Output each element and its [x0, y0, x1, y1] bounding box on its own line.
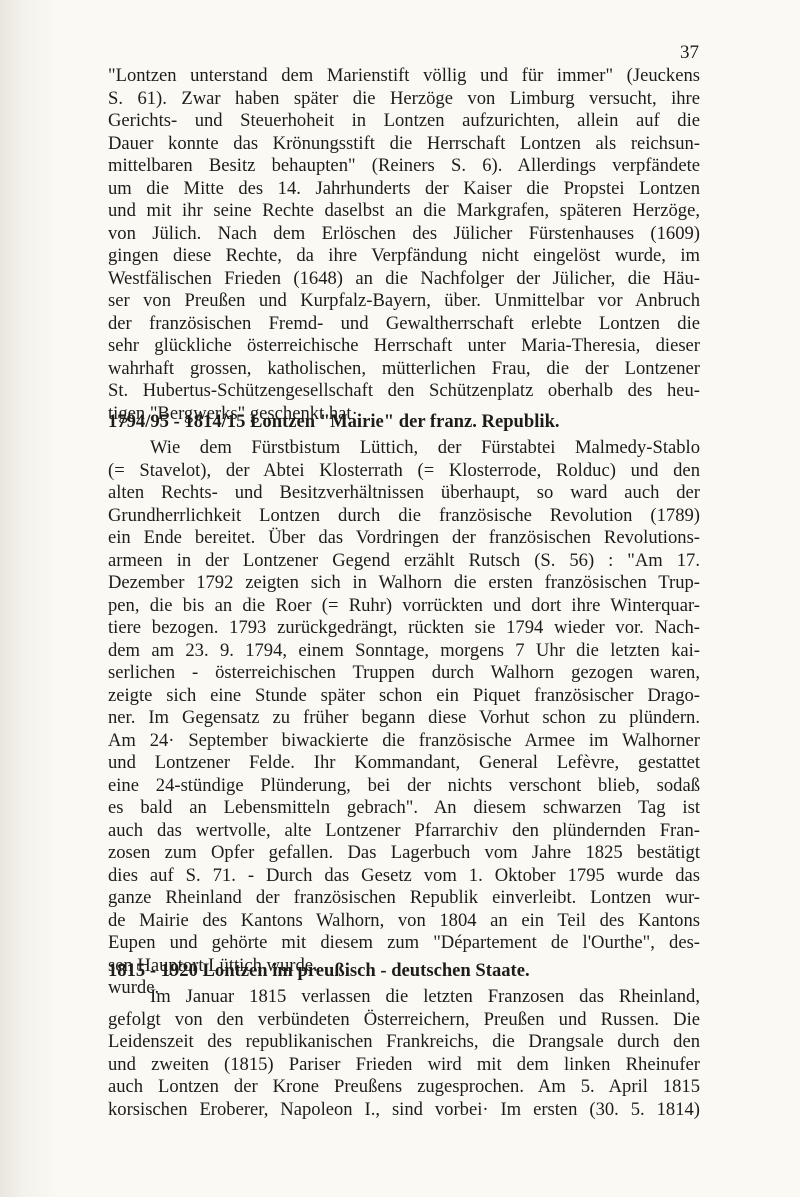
text-line: eine 24-stündige Plünderung, bei der nic…: [108, 775, 700, 798]
text-line: Dezember 1792 zeigten sich in Walhorn di…: [108, 572, 700, 595]
text-line: auch das wertvolle, alte Lontzener Pfarr…: [108, 820, 700, 843]
text-line: Eupen und gehörte mit diesem zum "Départ…: [108, 932, 700, 955]
text-line: Gerichts- und Steuerhoheit in Lontzen au…: [108, 110, 700, 133]
text-line: tiere bezogen. 1793 zurückgedrängt, rück…: [108, 617, 700, 640]
text-line: von Jülich. Nach dem Erlöschen des Jülic…: [108, 223, 700, 246]
text-line: mittelbaren Besitz behaupten" (Reiners S…: [108, 155, 700, 178]
prussia-paragraph: Im Januar 1815 verlassen die letzten Fra…: [108, 986, 700, 1121]
page-edge-shadow: [0, 0, 60, 1197]
text-line: zosen zum Opfer gefallen. Das Lagerbuch …: [108, 842, 700, 865]
page-number: 37: [680, 42, 699, 64]
text-line: Grundherrlichkeit Lontzen durch die fran…: [108, 505, 700, 528]
section-heading-prussia: 1815 - 1920 Lontzen im preußisch - deuts…: [108, 960, 530, 982]
text-line: gingen diese Rechte, da ihre Verpfändung…: [108, 245, 700, 268]
section-heading-mairie: 1794/95 - 1814/15 Lontzen "Mairie" der f…: [108, 411, 560, 433]
text-line: (= Stavelot), der Abtei Klosterrath (= K…: [108, 460, 700, 483]
text-line: dies auf S. 71. - Durch das Gesetz vom 1…: [108, 865, 700, 888]
text-line: korsischen Eroberer, Napoleon I., sind v…: [108, 1099, 700, 1122]
text-line: um die Mitte des 14. Jahrhunderts der Ka…: [108, 178, 700, 201]
text-line: Leidenszeit des republikanischen Frankre…: [108, 1031, 700, 1054]
text-line: Westfälischen Frieden (1648) an die Nach…: [108, 268, 700, 291]
text-line: dem am 23. 9. 1794, einem Sonntage, morg…: [108, 640, 700, 663]
text-line: Wie dem Fürstbistum Lüttich, der Fürstab…: [108, 437, 700, 460]
text-line: "Lontzen unterstand dem Marienstift völl…: [108, 65, 700, 88]
text-line: Im Januar 1815 verlassen die letzten Fra…: [108, 986, 700, 1009]
text-line: gefolgt von den verbündeten Österreicher…: [108, 1009, 700, 1032]
mairie-paragraph: Wie dem Fürstbistum Lüttich, der Fürstab…: [108, 437, 700, 1000]
text-line: serlichen - österreichischen Truppen dur…: [108, 662, 700, 685]
text-line: sehr glückliche österreichische Herrscha…: [108, 335, 700, 358]
text-line: ser von Preußen und Kurpfalz-Bayern, übe…: [108, 290, 700, 313]
text-line: Am 24· September biwackierte die französ…: [108, 730, 700, 753]
text-line: und zweiten (1815) Pariser Frieden wird …: [108, 1054, 700, 1077]
text-line: de Mairie des Kantons Walhorn, von 1804 …: [108, 910, 700, 933]
text-line: Dauer konnte das Krönungsstift die Herrs…: [108, 133, 700, 156]
text-line: armeen in der Lontzener Gegend erzählt R…: [108, 550, 700, 573]
text-line: alten Rechts- und Besitzverhältnissen üb…: [108, 482, 700, 505]
text-line: ner. Im Gegensatz zu früher begann diese…: [108, 707, 700, 730]
text-line: ganze Rheinland der französischen Republ…: [108, 887, 700, 910]
text-line: St. Hubertus-Schützengesellschaft den Sc…: [108, 380, 700, 403]
text-line: der französischen Fremd- und Gewaltherrs…: [108, 313, 700, 336]
text-line: und Lontzener Felde. Ihr Kommandant, Gen…: [108, 752, 700, 775]
text-line: und mit ihr seine Rechte daselbst an die…: [108, 200, 700, 223]
text-line: pen, die bis an die Roer (= Ruhr) vorrüc…: [108, 595, 700, 618]
text-line: auch Lontzen der Krone Preußens zugespro…: [108, 1076, 700, 1099]
text-line: es bald an Lebensmitteln gebrach". An di…: [108, 797, 700, 820]
text-line: S. 61). Zwar haben später die Herzöge vo…: [108, 88, 700, 111]
text-line: ein Ende bereitet. Über das Vordringen d…: [108, 527, 700, 550]
intro-paragraph: "Lontzen unterstand dem Marienstift völl…: [108, 65, 700, 425]
text-line: wahrhaft grossen, katholischen, mütterli…: [108, 358, 700, 381]
text-line: zeigte sich eine Stunde später schon ein…: [108, 685, 700, 708]
